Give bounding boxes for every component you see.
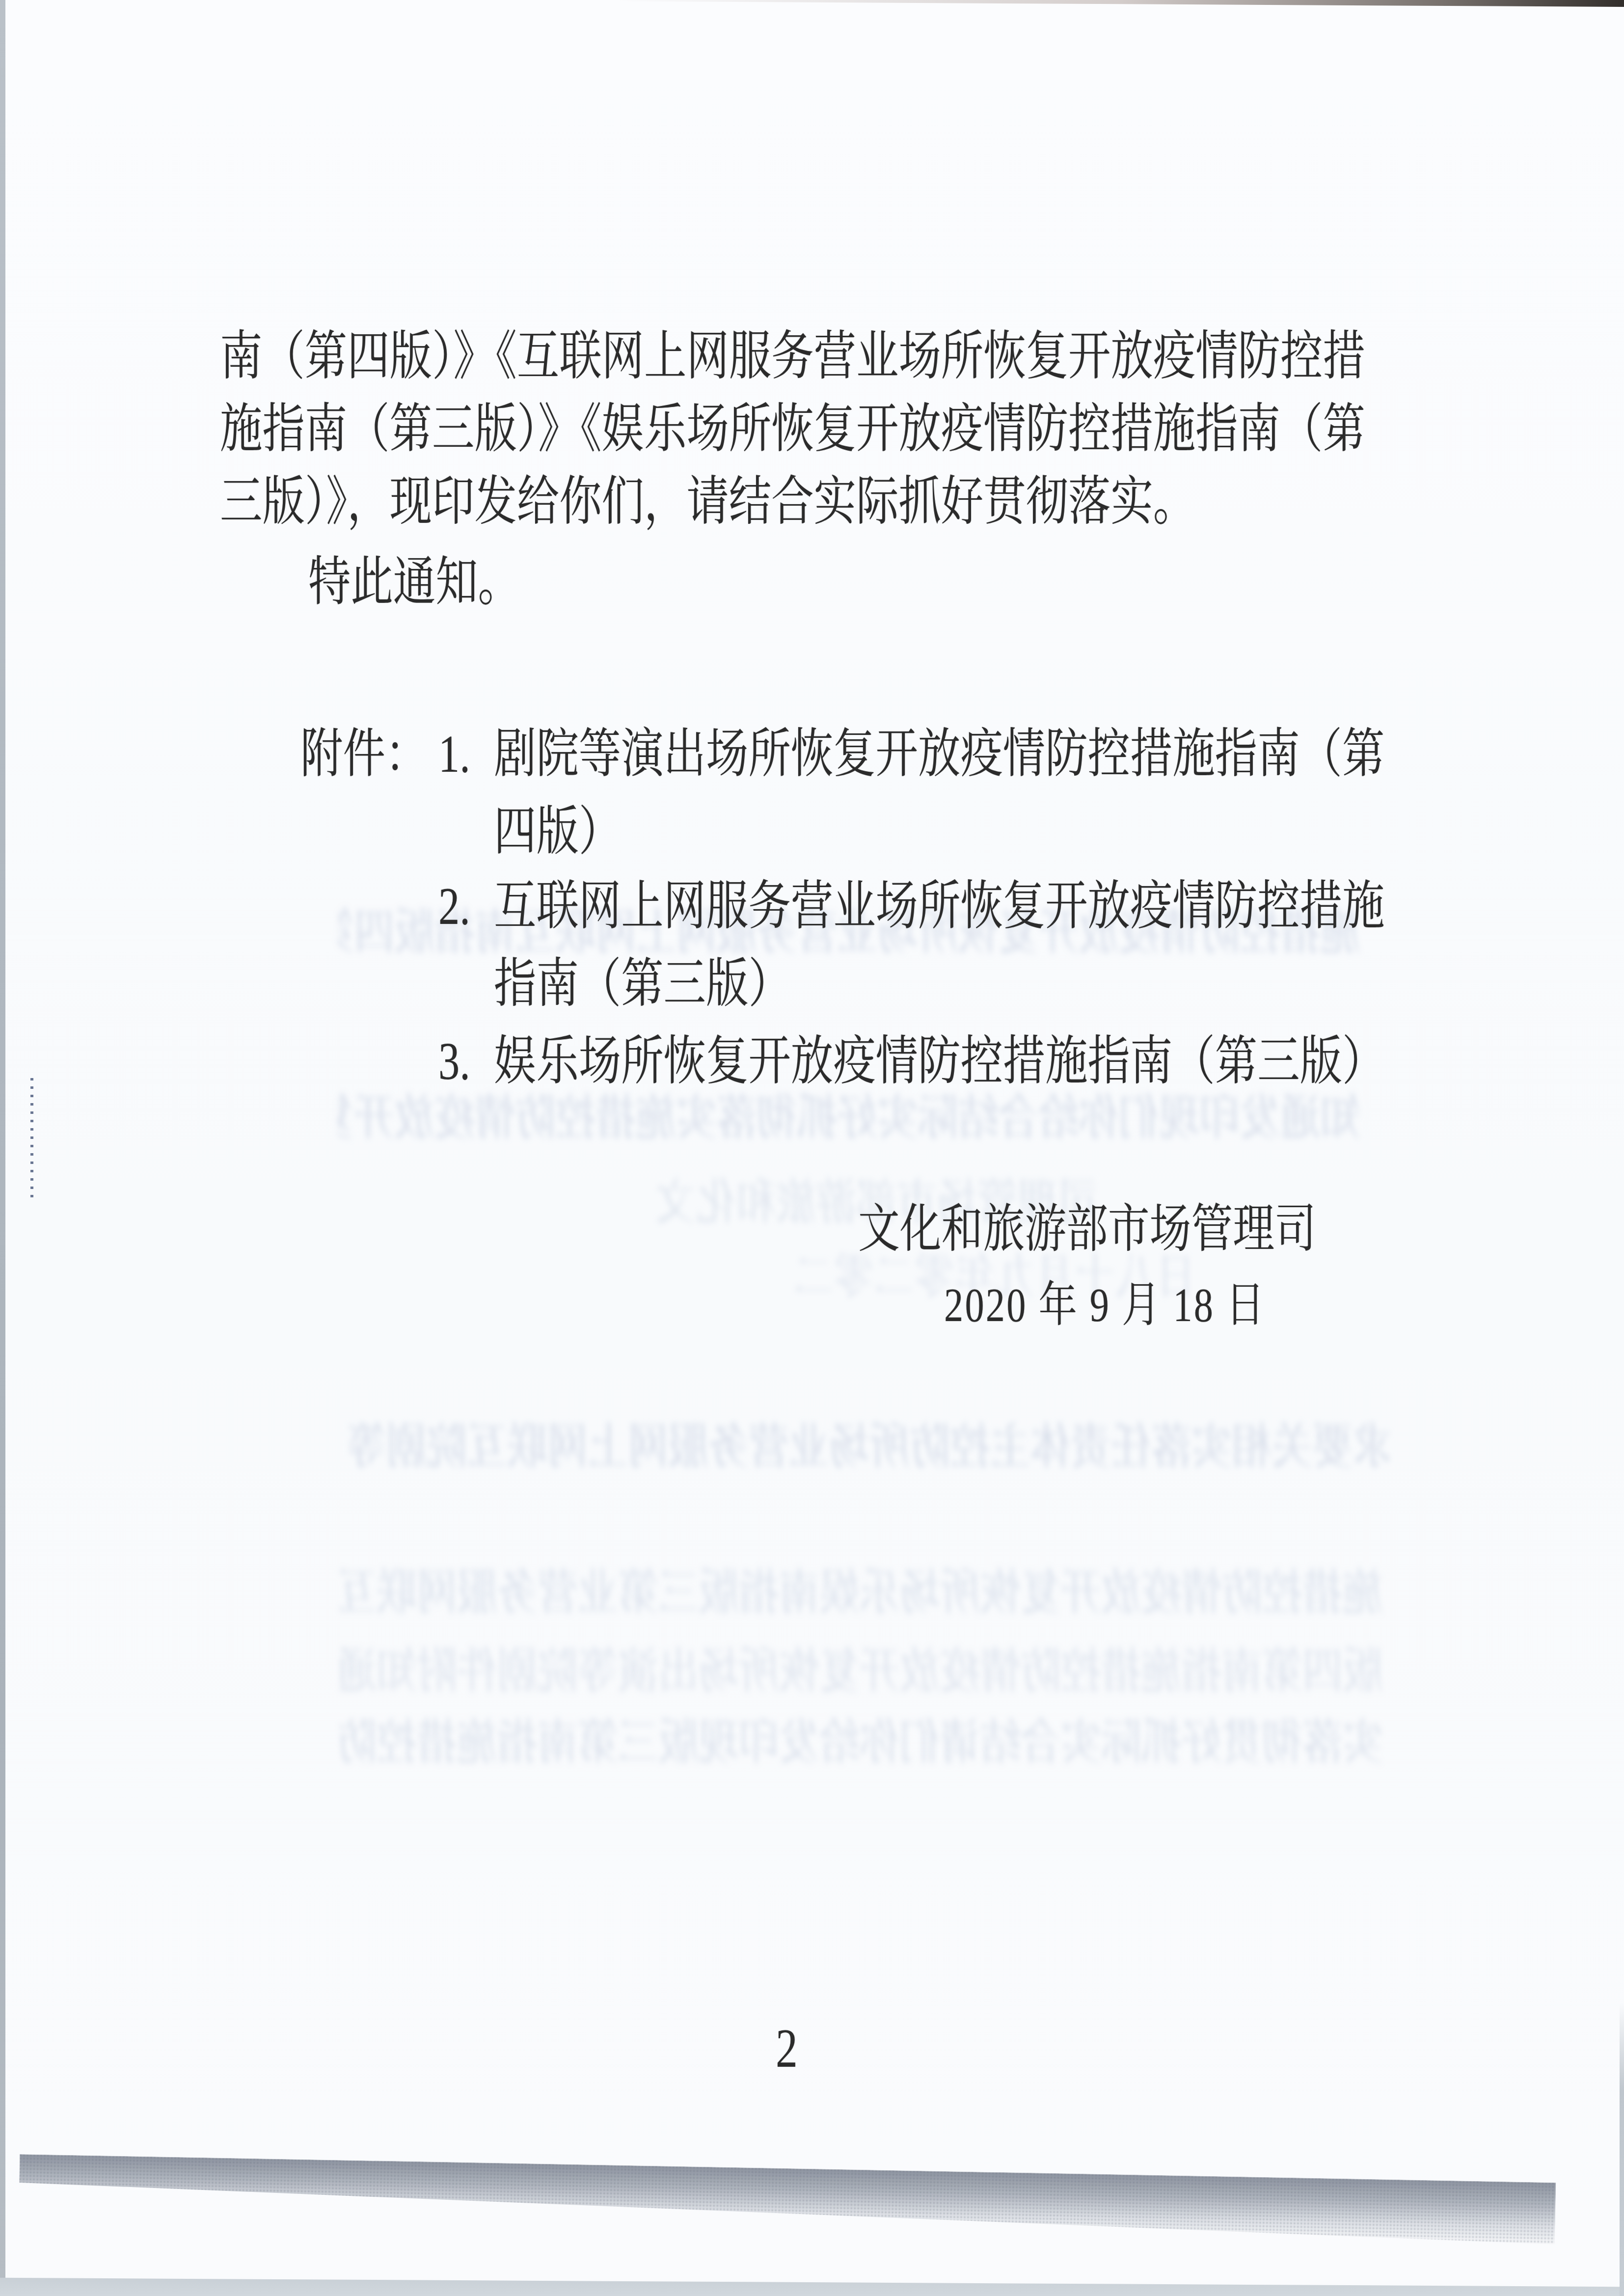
page-number: 2 (776, 2019, 798, 2079)
bleedthrough-line: 知通发印现们你给合结际实好抓彻落实施措控防情疫放开复 (338, 1094, 1361, 1155)
attachment-2-title-line: 互联网上网服务营业场所恢复开放疫情防控措施 (494, 878, 1384, 936)
paragraph-line: 南（第四版）》《互联网上网服务营业场所恢复开放疫情防控措 (220, 328, 1365, 386)
scan-bottom-edge-shadow (0, 2273, 1624, 2296)
attachment-3-title-line: 娱乐场所恢复开放疫情防控措施指南（第三版） (494, 1033, 1384, 1091)
bleedthrough-line: 实落彻贯好抓际实合结请们你给发印现版三第南指施措控防情 (340, 1718, 1383, 1780)
issue-date: 2020 年 9 月 18 日 (944, 1279, 1266, 1332)
scanned-notice-page: 施措控防情疫放开复恢所场业营务服网上网联互南指版四第 知通发印现们你给合结际实好… (0, 0, 1624, 2296)
bleedthrough-line: 施措控防情疫放开复恢所场乐娱南指版三第业营务服网联互场 (340, 1568, 1383, 1630)
paragraph-line: 三版）》，现印发给你们，请结合实际抓好贯彻落实。 (220, 473, 1195, 532)
scan-diagonal-streak (19, 2154, 1556, 2244)
attachment-1-number: 1. (438, 726, 470, 784)
attachment-1-title-continuation: 四版） (494, 803, 621, 862)
paragraph-line: 施指南（第三版）》《娱乐场所恢复开放疫情防控措施指南（第 (220, 401, 1365, 459)
scan-left-edge-shadow (0, 0, 5, 2296)
scan-right-edge-shadow (1620, 2003, 1624, 2296)
attachment-1-title-line: 剧院等演出场所恢复开放疫情防控措施指南（第 (494, 726, 1384, 784)
bleedthrough-line: 版四第南指施措控防情疫放开复恢所场出演等院剧件附知通发 (340, 1647, 1383, 1708)
attachment-3-number: 3. (438, 1033, 470, 1091)
attachment-2-number: 2. (438, 878, 470, 936)
binding-dots-mark (30, 1078, 33, 1202)
attachment-2-title-continuation: 指南（第三版） (494, 955, 791, 1014)
bleedthrough-line: 求要关相实落任责体主控防所场业营务服网上网联互院剧等演 (350, 1423, 1393, 1484)
closing-line: 特此通知。 (308, 554, 520, 612)
attachments-label: 附件： (300, 726, 428, 784)
issuing-organization: 文化和旅游部市场管理司 (858, 1201, 1316, 1258)
scan-top-corner-shadow (614, 0, 1624, 7)
